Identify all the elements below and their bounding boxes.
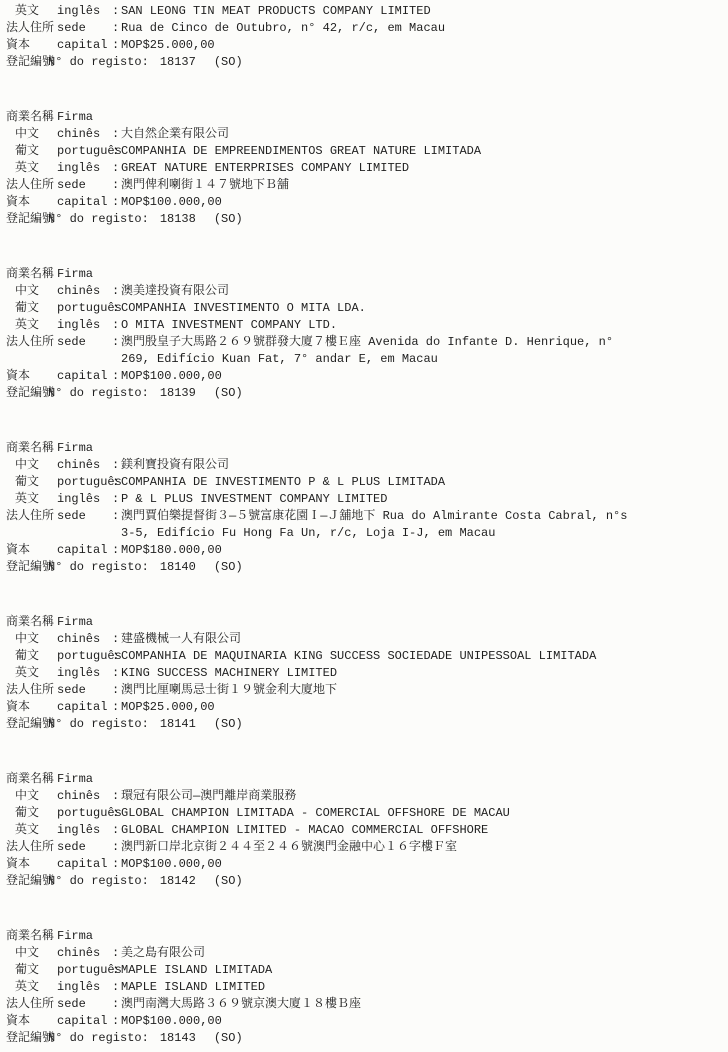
colon-separator: : [112,457,121,474]
value-portuguese-name: MAPLE ISLAND LIMITADA [121,962,720,979]
label-registo-zh: 登記編號 [6,54,48,71]
label-registo-zh: 登記編號 [6,1030,48,1047]
label-english-zh: 英文 [6,979,57,996]
field-row-english: 英文 inglês : KING SUCCESS MACHINERY LIMIT… [6,665,720,682]
label-chinese-zh: 中文 [6,126,57,143]
field-row-capital: 資本 capital : MOP$25.000,00 [6,37,720,54]
label-capital-pt: capital [57,856,112,873]
value-portuguese-name: COMPANHIA DE MAQUINARIA KING SUCCESS SOC… [121,648,720,665]
colon-separator: : [112,822,121,839]
label-registo-zh: 登記編號 [6,211,48,228]
field-row-portuguese: 葡文 português : COMPANHIA DE MAQUINARIA K… [6,648,720,665]
label-portuguese-zh: 葡文 [6,648,57,665]
colon-separator: : [112,648,121,665]
label-registo-zh: 登記編號 [6,873,48,890]
label-registo-pt: N° do registo: [48,1030,149,1047]
label-chinese-zh: 中文 [6,788,57,805]
value-portuguese-name: COMPANHIA DE EMPREENDIMENTOS GREAT NATUR… [121,143,720,160]
label-english-zh: 英文 [6,3,57,20]
label-registo-pt: N° do registo: [48,873,149,890]
colon-separator: : [112,699,121,716]
label-sede-zh: 法人住所 [6,508,57,525]
label-english-pt: inglês [57,665,112,682]
record-18137: 英文 inglês : SAN LEONG TIN MEAT PRODUCTS … [6,3,720,71]
label-portuguese-pt: português [57,143,112,160]
field-row-portuguese: 葡文 português : GLOBAL CHAMPION LIMITADA … [6,805,720,822]
field-row-firma: 商業名稱 Firma [6,109,720,126]
colon-separator: : [112,491,121,508]
label-capital-pt: capital [57,1013,112,1030]
colon-separator: : [112,143,121,160]
value-address: 澳門新口岸北京街２４４至２４６號澳門金融中心１６字樓Ｆ室 [121,839,720,856]
label-capital-pt: capital [57,699,112,716]
label-portuguese-pt: português [57,300,112,317]
label-capital-zh: 資本 [6,37,57,54]
address-line: 澳門比厘喇馬忌士街１９號金利大廈地下 [121,683,337,697]
label-english-pt: inglês [57,3,112,20]
label-registo-pt: N° do registo: [48,54,149,71]
value-registo-number: 18138 [160,211,196,228]
address-line: 澳門新口岸北京街２４４至２４６號澳門金融中心１６字樓Ｆ室 [121,840,457,854]
label-firma-zh: 商業名稱 [6,771,57,788]
colon-separator: : [112,979,121,996]
label-chinese-pt: chinês [57,283,112,300]
value-english-name: SAN LEONG TIN MEAT PRODUCTS COMPANY LIMI… [121,3,720,20]
field-row-chinese: 中文 chinês : 澳美達投資有限公司 [6,283,720,300]
colon-separator: : [112,3,121,20]
field-row-registo: 登記編號 N° do registo: 18143 (SO) [6,1030,720,1047]
label-portuguese-pt: português [57,805,112,822]
field-row-chinese: 中文 chinês : 建盛機械一人有限公司 [6,631,720,648]
field-row-english: 英文 inglês : P & L PLUS INVESTMENT COMPAN… [6,491,720,508]
field-row-firma: 商業名稱 Firma [6,771,720,788]
label-portuguese-zh: 葡文 [6,962,57,979]
label-capital-pt: capital [57,194,112,211]
label-chinese-pt: chinês [57,457,112,474]
value-address: 澳門賈伯樂提督街３—５號富康花園Ｉ—Ｊ舖地下 Rua do Almirante … [121,508,720,542]
field-row-chinese: 中文 chinês : 大自然企業有限公司 [6,126,720,143]
field-row-chinese: 中文 chinês : 鎂利寶投資有限公司 [6,457,720,474]
field-row-registo: 登記編號 N° do registo: 18139 (SO) [6,385,720,402]
label-registo-zh: 登記編號 [6,559,48,576]
record-18140: 商業名稱 Firma 中文 chinês : 鎂利寶投資有限公司 葡文 port… [6,440,720,576]
field-row-english: 英文 inglês : GREAT NATURE ENTERPRISES COM… [6,160,720,177]
field-row-capital: 資本 capital : MOP$180.000,00 [6,542,720,559]
label-sede-pt: sede [57,839,112,856]
label-chinese-pt: chinês [57,945,112,962]
field-row-capital: 資本 capital : MOP$100.000,00 [6,194,720,211]
label-chinese-zh: 中文 [6,631,57,648]
label-chinese-pt: chinês [57,126,112,143]
label-portuguese-zh: 葡文 [6,805,57,822]
colon-separator: : [112,996,121,1013]
address-line: 3-5, Edifício Fu Hong Fa Un, r/c, Loja I… [121,526,495,540]
colon-separator: : [112,37,121,54]
value-registo-number: 18142 [160,873,196,890]
field-row-capital: 資本 capital : MOP$100.000,00 [6,368,720,385]
value-address: 澳門俾利喇街１４７號地下Ｂ舖 [121,177,720,194]
field-row-portuguese: 葡文 português : COMPANHIA DE INVESTIMENTO… [6,474,720,491]
value-english-name: KING SUCCESS MACHINERY LIMITED [121,665,720,682]
field-row-sede: 法人住所 sede : 澳門殷皇子大馬路２６９號群發大廈７樓Ｅ座 Avenida… [6,334,720,368]
value-registo-number: 18137 [160,54,196,71]
value-registo-code: (SO) [214,211,243,228]
label-sede-zh: 法人住所 [6,177,57,194]
value-chinese-name: 環冠有限公司—澳門離岸商業服務 [121,788,720,805]
label-firma-pt: Firma [57,614,112,631]
value-address: 澳門南灣大馬路３６９號京澳大廈１８樓Ｂ座 [121,996,720,1013]
label-capital-zh: 資本 [6,699,57,716]
record-18142: 商業名稱 Firma 中文 chinês : 環冠有限公司—澳門離岸商業服務 葡… [6,771,720,890]
field-row-chinese: 中文 chinês : 美之島有限公司 [6,945,720,962]
label-capital-zh: 資本 [6,368,57,385]
label-english-zh: 英文 [6,317,57,334]
label-portuguese-pt: português [57,648,112,665]
colon-separator: : [112,542,121,559]
label-sede-pt: sede [57,508,112,525]
record-18138: 商業名稱 Firma 中文 chinês : 大自然企業有限公司 葡文 port… [6,109,720,228]
colon-separator: : [112,300,121,317]
label-sede-zh: 法人住所 [6,996,57,1013]
record-18141: 商業名稱 Firma 中文 chinês : 建盛機械一人有限公司 葡文 por… [6,614,720,733]
value-capital: MOP$100.000,00 [121,1013,720,1030]
label-english-zh: 英文 [6,160,57,177]
value-registo-code: (SO) [214,385,243,402]
colon-separator: : [112,368,121,385]
label-registo-pt: N° do registo: [48,716,149,733]
field-row-portuguese: 葡文 português : COMPANHIA INVESTIMENTO O … [6,300,720,317]
colon-separator: : [112,283,121,300]
label-capital-zh: 資本 [6,194,57,211]
field-row-sede: 法人住所 sede : 澳門比厘喇馬忌士街１９號金利大廈地下 [6,682,720,699]
value-registo-code: (SO) [214,1030,243,1047]
field-row-english: 英文 inglês : O MITA INVESTMENT COMPANY LT… [6,317,720,334]
colon-separator: : [112,631,121,648]
value-registo-code: (SO) [214,559,243,576]
label-sede-pt: sede [57,996,112,1013]
label-firma-pt: Firma [57,109,112,126]
colon-separator: : [112,474,121,491]
field-row-capital: 資本 capital : MOP$25.000,00 [6,699,720,716]
field-row-english: 英文 inglês : MAPLE ISLAND LIMITED [6,979,720,996]
label-chinese-zh: 中文 [6,945,57,962]
field-row-firma: 商業名稱 Firma [6,928,720,945]
value-registo-number: 18141 [160,716,196,733]
field-row-english: 英文 inglês : SAN LEONG TIN MEAT PRODUCTS … [6,3,720,20]
label-english-zh: 英文 [6,822,57,839]
label-portuguese-zh: 葡文 [6,300,57,317]
value-registo-number: 18140 [160,559,196,576]
label-registo-zh: 登記編號 [6,385,48,402]
field-row-firma: 商業名稱 Firma [6,614,720,631]
field-row-sede: 法人住所 sede : 澳門新口岸北京街２４４至２４６號澳門金融中心１６字樓Ｆ室 [6,839,720,856]
value-capital: MOP$100.000,00 [121,368,720,385]
field-row-capital: 資本 capital : MOP$100.000,00 [6,856,720,873]
label-english-pt: inglês [57,317,112,334]
value-address: 澳門比厘喇馬忌士街１９號金利大廈地下 [121,682,720,699]
field-row-firma: 商業名稱 Firma [6,440,720,457]
value-registo-code: (SO) [214,54,243,71]
label-sede-pt: sede [57,20,112,37]
colon-separator: : [112,805,121,822]
value-registo-number: 18143 [160,1030,196,1047]
label-capital-pt: capital [57,542,112,559]
field-row-registo: 登記編號 N° do registo: 18138 (SO) [6,211,720,228]
value-registo-code: (SO) [214,716,243,733]
address-line: 澳門賈伯樂提督街３—５號富康花園Ｉ—Ｊ舖地下 Rua do Almirante … [121,509,627,523]
label-capital-zh: 資本 [6,542,57,559]
colon-separator: : [112,1013,121,1030]
label-portuguese-zh: 葡文 [6,474,57,491]
value-registo-code: (SO) [214,873,243,890]
record-18143: 商業名稱 Firma 中文 chinês : 美之島有限公司 葡文 portug… [6,928,720,1047]
label-english-zh: 英文 [6,491,57,508]
field-row-sede: 法人住所 sede : Rua de Cinco de Outubro, n° … [6,20,720,37]
label-english-pt: inglês [57,979,112,996]
label-firma-zh: 商業名稱 [6,109,57,126]
field-row-english: 英文 inglês : GLOBAL CHAMPION LIMITED - MA… [6,822,720,839]
value-address: 澳門殷皇子大馬路２６９號群發大廈７樓Ｅ座 Avenida do Infante … [121,334,720,368]
value-capital: MOP$25.000,00 [121,37,720,54]
label-portuguese-pt: português [57,474,112,491]
colon-separator: : [112,839,121,856]
label-firma-pt: Firma [57,440,112,457]
value-capital: MOP$100.000,00 [121,856,720,873]
label-portuguese-pt: português [57,962,112,979]
colon-separator: : [112,317,121,334]
label-registo-pt: N° do registo: [48,559,149,576]
value-chinese-name: 美之島有限公司 [121,945,720,962]
field-row-registo: 登記編號 N° do registo: 18142 (SO) [6,873,720,890]
value-chinese-name: 鎂利寶投資有限公司 [121,457,720,474]
label-registo-pt: N° do registo: [48,385,149,402]
label-sede-pt: sede [57,682,112,699]
address-line: Rua de Cinco de Outubro, n° 42, r/c, em … [121,21,445,35]
label-firma-pt: Firma [57,928,112,945]
value-english-name: O MITA INVESTMENT COMPANY LTD. [121,317,720,334]
field-row-chinese: 中文 chinês : 環冠有限公司—澳門離岸商業服務 [6,788,720,805]
gazette-page: 英文 inglês : SAN LEONG TIN MEAT PRODUCTS … [0,0,728,1052]
label-registo-pt: N° do registo: [48,211,149,228]
value-address: Rua de Cinco de Outubro, n° 42, r/c, em … [121,20,720,37]
label-sede-pt: sede [57,334,112,351]
label-capital-pt: capital [57,37,112,54]
colon-separator: : [112,788,121,805]
colon-separator: : [112,665,121,682]
field-row-portuguese: 葡文 português : COMPANHIA DE EMPREENDIMEN… [6,143,720,160]
label-sede-zh: 法人住所 [6,334,57,351]
colon-separator: : [112,334,121,351]
label-capital-zh: 資本 [6,856,57,873]
value-english-name: P & L PLUS INVESTMENT COMPANY LIMITED [121,491,720,508]
label-firma-zh: 商業名稱 [6,266,57,283]
value-portuguese-name: COMPANHIA INVESTIMENTO O MITA LDA. [121,300,720,317]
colon-separator: : [112,194,121,211]
colon-separator: : [112,508,121,525]
label-english-pt: inglês [57,491,112,508]
value-english-name: GLOBAL CHAMPION LIMITED - MACAO COMMERCI… [121,822,720,839]
colon-separator: : [112,962,121,979]
label-sede-zh: 法人住所 [6,20,57,37]
colon-separator: : [112,160,121,177]
field-row-registo: 登記編號 N° do registo: 18140 (SO) [6,559,720,576]
address-line: 269, Edifício Kuan Fat, 7° andar E, em M… [121,352,438,366]
label-english-pt: inglês [57,822,112,839]
field-row-sede: 法人住所 sede : 澳門賈伯樂提督街３—５號富康花園Ｉ—Ｊ舖地下 Rua d… [6,508,720,542]
value-chinese-name: 建盛機械一人有限公司 [121,631,720,648]
value-chinese-name: 澳美達投資有限公司 [121,283,720,300]
address-line: 澳門俾利喇街１４７號地下Ｂ舖 [121,178,289,192]
label-english-zh: 英文 [6,665,57,682]
colon-separator: : [112,682,121,699]
colon-separator: : [112,126,121,143]
colon-separator: : [112,945,121,962]
record-18139: 商業名稱 Firma 中文 chinês : 澳美達投資有限公司 葡文 port… [6,266,720,402]
value-portuguese-name: GLOBAL CHAMPION LIMITADA - COMERCIAL OFF… [121,805,720,822]
label-firma-zh: 商業名稱 [6,614,57,631]
label-firma-pt: Firma [57,266,112,283]
colon-separator: : [112,177,121,194]
label-chinese-pt: chinês [57,788,112,805]
address-line: 澳門南灣大馬路３６９號京澳大廈１８樓Ｂ座 [121,997,361,1011]
label-chinese-zh: 中文 [6,283,57,300]
label-firma-zh: 商業名稱 [6,928,57,945]
label-firma-zh: 商業名稱 [6,440,57,457]
label-english-pt: inglês [57,160,112,177]
field-row-firma: 商業名稱 Firma [6,266,720,283]
field-row-capital: 資本 capital : MOP$100.000,00 [6,1013,720,1030]
field-row-portuguese: 葡文 português : MAPLE ISLAND LIMITADA [6,962,720,979]
value-capital: MOP$100.000,00 [121,194,720,211]
value-registo-number: 18139 [160,385,196,402]
label-registo-zh: 登記編號 [6,716,48,733]
colon-separator: : [112,856,121,873]
field-row-registo: 登記編號 N° do registo: 18141 (SO) [6,716,720,733]
field-row-sede: 法人住所 sede : 澳門俾利喇街１４７號地下Ｂ舖 [6,177,720,194]
label-portuguese-zh: 葡文 [6,143,57,160]
label-capital-zh: 資本 [6,1013,57,1030]
label-sede-zh: 法人住所 [6,839,57,856]
label-sede-pt: sede [57,177,112,194]
label-firma-pt: Firma [57,771,112,788]
value-chinese-name: 大自然企業有限公司 [121,126,720,143]
value-portuguese-name: COMPANHIA DE INVESTIMENTO P & L PLUS LIM… [121,474,720,491]
label-chinese-zh: 中文 [6,457,57,474]
label-chinese-pt: chinês [57,631,112,648]
address-line: 澳門殷皇子大馬路２６９號群發大廈７樓Ｅ座 Avenida do Infante … [121,335,613,349]
field-row-registo: 登記編號 N° do registo: 18137 (SO) [6,54,720,71]
value-capital: MOP$180.000,00 [121,542,720,559]
field-row-sede: 法人住所 sede : 澳門南灣大馬路３６９號京澳大廈１８樓Ｂ座 [6,996,720,1013]
label-capital-pt: capital [57,368,112,385]
value-english-name: MAPLE ISLAND LIMITED [121,979,720,996]
colon-separator: : [112,20,121,37]
value-english-name: GREAT NATURE ENTERPRISES COMPANY LIMITED [121,160,720,177]
label-sede-zh: 法人住所 [6,682,57,699]
value-capital: MOP$25.000,00 [121,699,720,716]
